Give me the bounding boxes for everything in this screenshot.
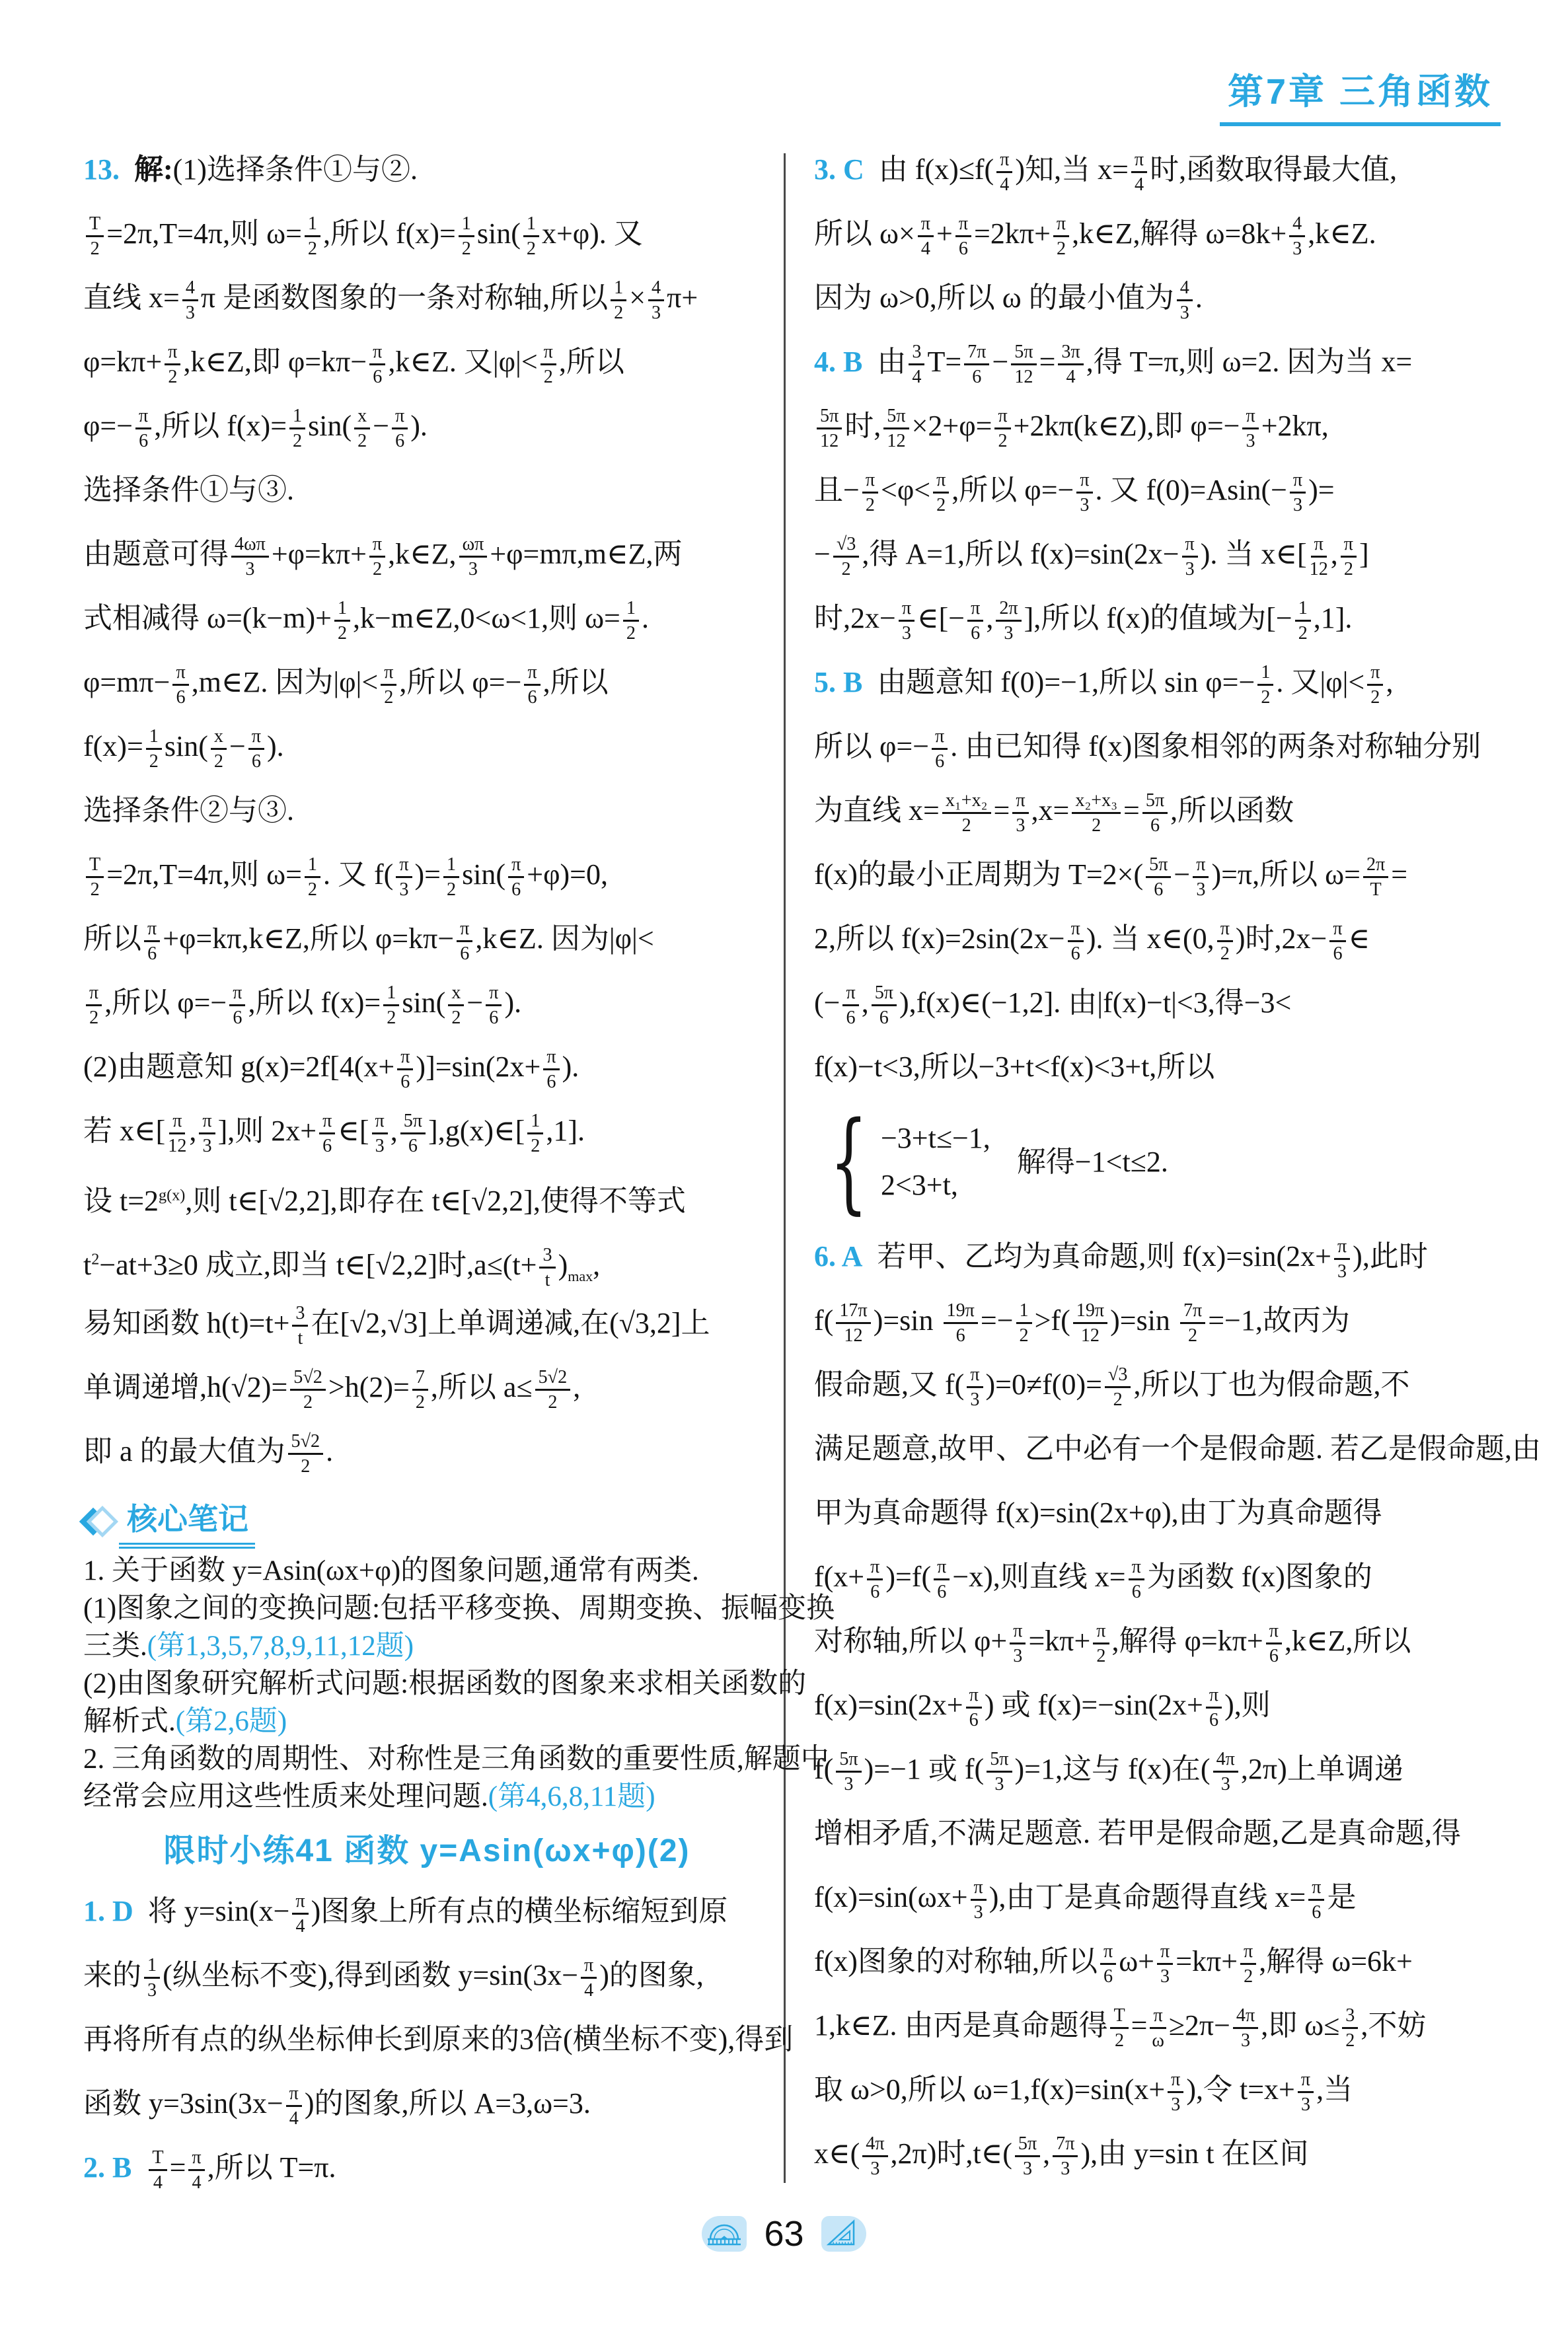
fraction: π2 [1240, 1941, 1256, 1987]
fraction: 7π6 [964, 342, 989, 388]
fraction: 4π3 [862, 2133, 887, 2180]
text-line: φ=kπ+π2,k∈Z,即 φ=kπ−π6,k∈Z. 又|φ|<π2,所以 [83, 330, 770, 394]
fraction: π3 [1334, 1236, 1350, 1282]
text-line: −√32,得 A=1,所以 f(x)=sin(2x−π3). 当 x∈[π12,… [814, 522, 1501, 586]
fraction: π3 [899, 598, 915, 644]
text-line: f(x)=sin(2x+π6) 或 f(x)=−sin(2x+π6),则 [814, 1673, 1501, 1737]
fraction: π6 [1329, 918, 1345, 965]
fraction: π6 [369, 342, 385, 388]
fraction: π2 [862, 470, 878, 516]
fraction: 43 [648, 277, 664, 324]
fraction: π3 [1242, 406, 1258, 452]
fraction: 12 [1016, 1300, 1032, 1347]
text-line: 由题意可得4ωπ3+φ=kπ+π2,k∈Z,ωπ3+φ=mπ,m∈Z,两 [83, 522, 770, 586]
fraction: π3 [967, 1364, 983, 1411]
fraction: π6 [932, 726, 948, 772]
fraction: π3 [372, 1111, 388, 1157]
fraction: 5π3 [987, 1749, 1012, 1795]
fraction: π4 [188, 2147, 204, 2194]
fraction: π6 [867, 1557, 883, 1603]
text-line: 式相减得 ω=(k−m)+12,k−m∈Z,0<ω<1,则 ω=12. [83, 586, 770, 650]
fraction: √32 [833, 534, 860, 580]
fraction: 5π6 [872, 982, 897, 1029]
fraction: x₂+x₃2 [1072, 790, 1121, 836]
fraction: x2 [448, 982, 464, 1029]
fraction: 5π12 [883, 406, 909, 452]
fraction: π6 [1129, 1557, 1144, 1603]
fraction: π2 [369, 534, 385, 580]
fraction: 3π4 [1058, 342, 1083, 388]
fraction: π2 [933, 470, 949, 516]
text-line: 设 t=2g(x),则 t∈[√2,2],即存在 t∈[√2,2],使得不等式 [83, 1163, 770, 1227]
fraction: x₁+x₂2 [942, 790, 991, 836]
text-line: 取 ω>0,所以 ω=1,f(x)=sin(x+π3),令 t=x+π3,当 [814, 2057, 1501, 2122]
fraction: π2 [1367, 662, 1383, 708]
fraction: π2 [1341, 534, 1357, 580]
text-line: 4. B由34T=7π6−5π12=3π4,得 T=π,则 ω=2. 因为当 x… [814, 330, 1501, 394]
fraction: π6 [934, 1557, 950, 1603]
fraction: π6 [144, 918, 160, 965]
fraction: 12 [1295, 598, 1311, 644]
text-line: 来的13(纵坐标不变),得到函数 y=sin(3x−π4)的图象, [83, 1943, 770, 2007]
fraction: 12 [523, 213, 539, 260]
fraction: π2 [1093, 1621, 1109, 1667]
fraction: 12 [334, 598, 350, 644]
text-line: (−π6,5π6),f(x)∈(−1,2]. 由|f(x)−t|<3,得−3< [814, 971, 1501, 1035]
fraction: 5√22 [290, 1367, 326, 1413]
fraction: 4ωπ3 [231, 534, 269, 580]
equation-system-line: {−3+t≤−1,2<3+t,解得−1<t≤2. [814, 1099, 1501, 1224]
core-notes-header: 核心笔记 [83, 1491, 770, 1552]
book-page: 第7章 三角函数 13.解:(1)选择条件①与②.T2=2π,T=4π,则 ω=… [0, 0, 1568, 2325]
fraction: π3 [396, 854, 412, 901]
fraction: π6 [486, 982, 502, 1029]
text-line: 所以 ω×π4+π6=2kπ+π2,k∈Z,解得 ω=8k+43,k∈Z. [814, 202, 1501, 266]
fraction: 32 [1342, 2005, 1358, 2051]
fraction: 5π12 [817, 406, 842, 452]
fraction: 12 [527, 1111, 543, 1157]
fraction: π6 [229, 982, 245, 1029]
text-line: 为直线 x=x₁+x₂2=π3,x=x₂+x₃2=5π6,所以函数 [814, 778, 1501, 842]
fraction: π6 [1206, 1685, 1222, 1731]
fraction: 12 [146, 726, 162, 772]
text-line: 2. BT4=π4,所以 T=π. [83, 2135, 770, 2199]
text-line: 1. D将 y=sin(x−π4)图象上所有点的横坐标缩短到原 [83, 1879, 770, 1943]
text-line: 2. 三角函数的周期性、对称性是三角函数的重要性质,解题中 [83, 1740, 770, 1778]
fraction: 17π12 [836, 1300, 870, 1347]
text-line: 选择条件②与③. [83, 778, 770, 842]
fraction: 19π6 [944, 1300, 978, 1347]
fraction: ωπ3 [459, 534, 488, 580]
fraction: 12 [623, 598, 639, 644]
text-line: 若 x∈[π12,π3],则 2x+π6∈[π3,5π6],g(x)∈[12,1… [83, 1099, 770, 1163]
fraction: π4 [918, 213, 934, 260]
fraction: 43 [1289, 213, 1305, 260]
text-line: φ=mπ−π6,m∈Z. 因为|φ|<π2,所以 φ=−π6,所以 [83, 650, 770, 714]
fraction: 13 [144, 1955, 160, 2001]
text-line: 易知函数 h(t)=t+3t在[√2,√3]上单调递减,在(√3,2]上 [83, 1291, 770, 1355]
text-line: 且−π2<φ<π2,所以 φ=−π3. 又 f(0)=Asin(−π3)= [814, 458, 1501, 522]
fraction: T2 [1110, 2005, 1128, 2051]
fraction: π6 [967, 598, 983, 644]
fraction: π3 [1193, 854, 1209, 901]
brace-glyph: { [830, 1107, 868, 1216]
fraction: π2 [165, 342, 180, 388]
text-line: 所以π6+φ=kπ,k∈Z,所以 φ=kπ−π6,k∈Z. 因为|φ|< [83, 906, 770, 971]
chapter-title: 第7章 三角函数 [1220, 63, 1501, 126]
fraction: 3t [539, 1245, 555, 1291]
fraction: π6 [966, 1685, 982, 1731]
fraction: π6 [392, 406, 408, 452]
text-line: 函数 y=3sin(3x−π4)的图象,所以 A=3,ω=3. [83, 2071, 770, 2135]
text-line: f(x)图象的对称轴,所以π6ω+π3=kπ+π2,解得 ω=6k+ [814, 1929, 1501, 1993]
fraction: 7π2 [1180, 1300, 1205, 1347]
text-line: 对称轴,所以 φ+π3=kπ+π2,解得 φ=kπ+π6,k∈Z,所以 [814, 1609, 1501, 1673]
fraction: 19π12 [1073, 1300, 1107, 1347]
fraction: 5π6 [1142, 790, 1168, 836]
fraction: T2 [86, 213, 104, 260]
text-line: 单调递增,h(√2)=5√22>h(2)=72,所以 a≤5√22, [83, 1355, 770, 1419]
fraction: 5√22 [535, 1367, 571, 1413]
fraction: π6 [1308, 1877, 1324, 1923]
text-line: 甲为真命题得 f(x)=sin(2x+φ),由丁为真命题得 [814, 1481, 1501, 1545]
fraction: π3 [971, 1877, 987, 1923]
text-line: 1. 关于函数 y=Asin(ωx+φ)的图象问题,通常有两类. [83, 1552, 770, 1590]
fraction: π6 [397, 1047, 413, 1093]
text-line: 经常会应用这些性质来处理问题.(第4,6,8,11题) [83, 1778, 770, 1816]
text-line: f(x)=12sin(x2−π6). [83, 714, 770, 778]
text-line: 增相矛盾,不满足题意. 若甲是假命题,乙是真命题,得 [814, 1801, 1501, 1865]
fraction: π4 [1131, 149, 1147, 196]
fraction: π6 [955, 213, 971, 260]
fraction: 2π3 [996, 598, 1021, 644]
page-header: 第7章 三角函数 [1220, 63, 1501, 126]
fraction: π4 [581, 1955, 597, 2001]
left-column: 13.解:(1)选择条件①与②.T2=2π,T=4π,则 ω=12,所以 f(x… [83, 137, 770, 2199]
fraction: 5π3 [1015, 2133, 1040, 2180]
fraction: π2 [1053, 213, 1069, 260]
fraction: πω [1150, 2005, 1166, 2051]
fraction: π6 [457, 918, 472, 965]
text-line: 直线 x=43π 是函数图象的一条对称轴,所以12×43π+ [83, 266, 770, 330]
fraction: π6 [1100, 1941, 1116, 1987]
fraction: π6 [524, 662, 540, 708]
text-line: 选择条件①与③. [83, 458, 770, 522]
fraction: π6 [842, 982, 858, 1029]
fraction: π6 [508, 854, 524, 901]
fraction: π6 [135, 406, 151, 452]
fraction: π2 [381, 662, 396, 708]
text-line: 5π12时,5π12×2+φ=π2+2kπ(k∈Z),即 φ=−π3+2kπ, [814, 394, 1501, 458]
fraction: π2 [86, 982, 102, 1029]
text-line: 5. B由题意知 f(0)=−1,所以 sin φ=−12. 又|φ|<π2, [814, 650, 1501, 714]
fraction: 5π3 [836, 1749, 861, 1795]
text-line: 解析式.(第2,6题) [83, 1703, 770, 1740]
text-line: f(x)=sin(ωx+π3),由丁是真命题得直线 x=π6是 [814, 1865, 1501, 1929]
fraction: π4 [286, 2083, 302, 2129]
text-line: t2−at+3≥0 成立,即当 t∈[√2,2]时,a≤(t+3t)max, [83, 1227, 770, 1291]
text-line: 再将所有点的纵坐标伸长到原来的3倍(横坐标不变),得到 [83, 2007, 770, 2071]
fraction: 43 [1177, 277, 1193, 324]
fraction: π4 [996, 149, 1012, 196]
text-line: 3. C由 f(x)≤f(π4)知,当 x=π4时,函数取得最大值, [814, 137, 1501, 202]
fraction: π3 [1182, 534, 1198, 580]
fraction: 72 [412, 1367, 428, 1413]
core-notes-label: 核心笔记 [119, 1495, 255, 1549]
fraction: 12 [443, 854, 459, 901]
fraction: x2 [354, 406, 370, 452]
fraction: T2 [86, 854, 104, 901]
fraction: x2 [211, 726, 227, 772]
fraction: π12 [168, 1111, 186, 1157]
fraction: π3 [199, 1111, 215, 1157]
fraction: 5√22 [288, 1431, 324, 1477]
text-line: (2)由图象研究解析式问题:根据函数的图象来求相关函数的 [83, 1665, 770, 1703]
set-square-icon [821, 2216, 866, 2252]
fraction: π3 [1010, 1621, 1026, 1667]
fraction: 12 [305, 213, 320, 260]
fraction: T4 [149, 2147, 167, 2194]
text-line: (2)由题意知 g(x)=2f[4(x+π6)]=sin(2x+π6). [83, 1035, 770, 1099]
fraction: π3 [1076, 470, 1092, 516]
text-line: T2=2π,T=4π,则 ω=12. 又 f(π3)=12sin(π6+φ)=0… [83, 842, 770, 906]
text-line: 1,k∈Z. 由丙是真命题得T2=πω≥2π−4π3,即 ω≤32,不妨 [814, 1993, 1501, 2057]
text-line: f(x)−t<3,所以−3+t<f(x)<3+t,所以 [814, 1035, 1501, 1099]
fraction: 12 [383, 982, 399, 1029]
fraction: π12 [1310, 534, 1328, 580]
fraction: 4π3 [1233, 2005, 1258, 2051]
text-line: f(x+π6)=f(π6−x),则直线 x=π6为函数 f(x)图象的 [814, 1545, 1501, 1609]
fraction: 12 [611, 277, 626, 324]
page-footer: 63 [0, 2213, 1568, 2254]
text-line: φ=−π6,所以 f(x)=12sin(x2−π6). [83, 394, 770, 458]
fraction: 5π6 [400, 1111, 426, 1157]
fraction: π3 [1168, 2069, 1183, 2116]
text-line: 满足题意,故甲、乙中必有一个是假命题. 若乙是假命题,由 [814, 1417, 1501, 1481]
page-number: 63 [764, 2213, 803, 2254]
exercise-section-title: 限时小练41 函数 y=Asin(ωx+φ)(2) [83, 1816, 770, 1879]
text-line: f(17π12)=sin 19π6=−12>f(19π12)=sin 7π2=−… [814, 1288, 1501, 1352]
text-line: 三类.(第1,3,5,7,8,9,11,12题) [83, 1627, 770, 1665]
fraction: 12 [1257, 662, 1273, 708]
fraction: π6 [543, 1047, 559, 1093]
fraction: π6 [319, 1111, 335, 1157]
text-line: 所以 φ=−π6. 由已知得 f(x)图象相邻的两条对称轴分别 [814, 714, 1501, 778]
fraction: 34 [909, 342, 924, 388]
text-line: 假命题,又 f(π3)=0≠f(0)=√32,所以丁也为假命题,不 [814, 1352, 1501, 1417]
fraction: 5π12 [1011, 342, 1036, 388]
fraction: 4π3 [1213, 1749, 1238, 1795]
fraction: π3 [1012, 790, 1028, 836]
column-divider [784, 153, 786, 2183]
text-line: 6. A若甲、乙均为真命题,则 f(x)=sin(2x+π3),此时 [814, 1224, 1501, 1288]
fraction: 12 [459, 213, 474, 260]
text-line: f(5π3)=−1 或 f(5π3)=1,这与 f(x)在(4π3,2π)上单调… [814, 1737, 1501, 1801]
fraction: π3 [1298, 2069, 1314, 2116]
fraction: √32 [1105, 1364, 1131, 1411]
fraction: 2πT [1363, 854, 1388, 901]
fraction: 7π3 [1053, 2133, 1078, 2180]
fraction: π2 [541, 342, 556, 388]
text-line: f(x)的最小正周期为 T=2×(5π6−π3)=π,所以 ω=2πT= [814, 842, 1501, 906]
text-line: π2,所以 φ=−π6,所以 f(x)=12sin(x2−π6). [83, 971, 770, 1035]
text-line: 因为 ω>0,所以 ω 的最小值为43. [814, 266, 1501, 330]
fraction: 12 [289, 406, 305, 452]
fraction: 12 [305, 854, 320, 901]
text-line: (1)图象之间的变换问题:包括平移变换、周期变换、振幅变换 [83, 1590, 770, 1627]
text-line: T2=2π,T=4π,则 ω=12,所以 f(x)=12sin(12x+φ). … [83, 202, 770, 266]
fraction: 43 [182, 277, 198, 324]
fraction: π6 [172, 662, 188, 708]
right-column: 3. C由 f(x)≤f(π4)知,当 x=π4时,函数取得最大值,所以 ω×π… [814, 137, 1501, 2186]
fraction: π3 [1290, 470, 1306, 516]
text-line: 时,2x−π3∈[−π6,2π3],所以 f(x)的值域为[−12,1]. [814, 586, 1501, 650]
fraction: π6 [1068, 918, 1084, 965]
fraction: π2 [1217, 918, 1233, 965]
protractor-icon [702, 2216, 747, 2252]
text-line: 2,所以 f(x)=2sin(2x−π6). 当 x∈(0,π2)时,2x−π6… [814, 906, 1501, 971]
text-line: x∈(4π3,2π)时,t∈(5π3,7π3),由 y=sin t 在区间 [814, 2122, 1501, 2186]
fraction: π2 [994, 406, 1010, 452]
fraction: π4 [292, 1891, 308, 1937]
text-line: 即 a 的最大值为5√22. [83, 1419, 770, 1483]
fraction: π6 [248, 726, 264, 772]
fraction: 5π6 [1146, 854, 1171, 901]
fraction: π6 [1266, 1621, 1282, 1667]
fraction: π3 [1157, 1941, 1173, 1987]
text-line: 13.解:(1)选择条件①与②. [83, 137, 770, 202]
fraction: 3t [292, 1303, 308, 1349]
